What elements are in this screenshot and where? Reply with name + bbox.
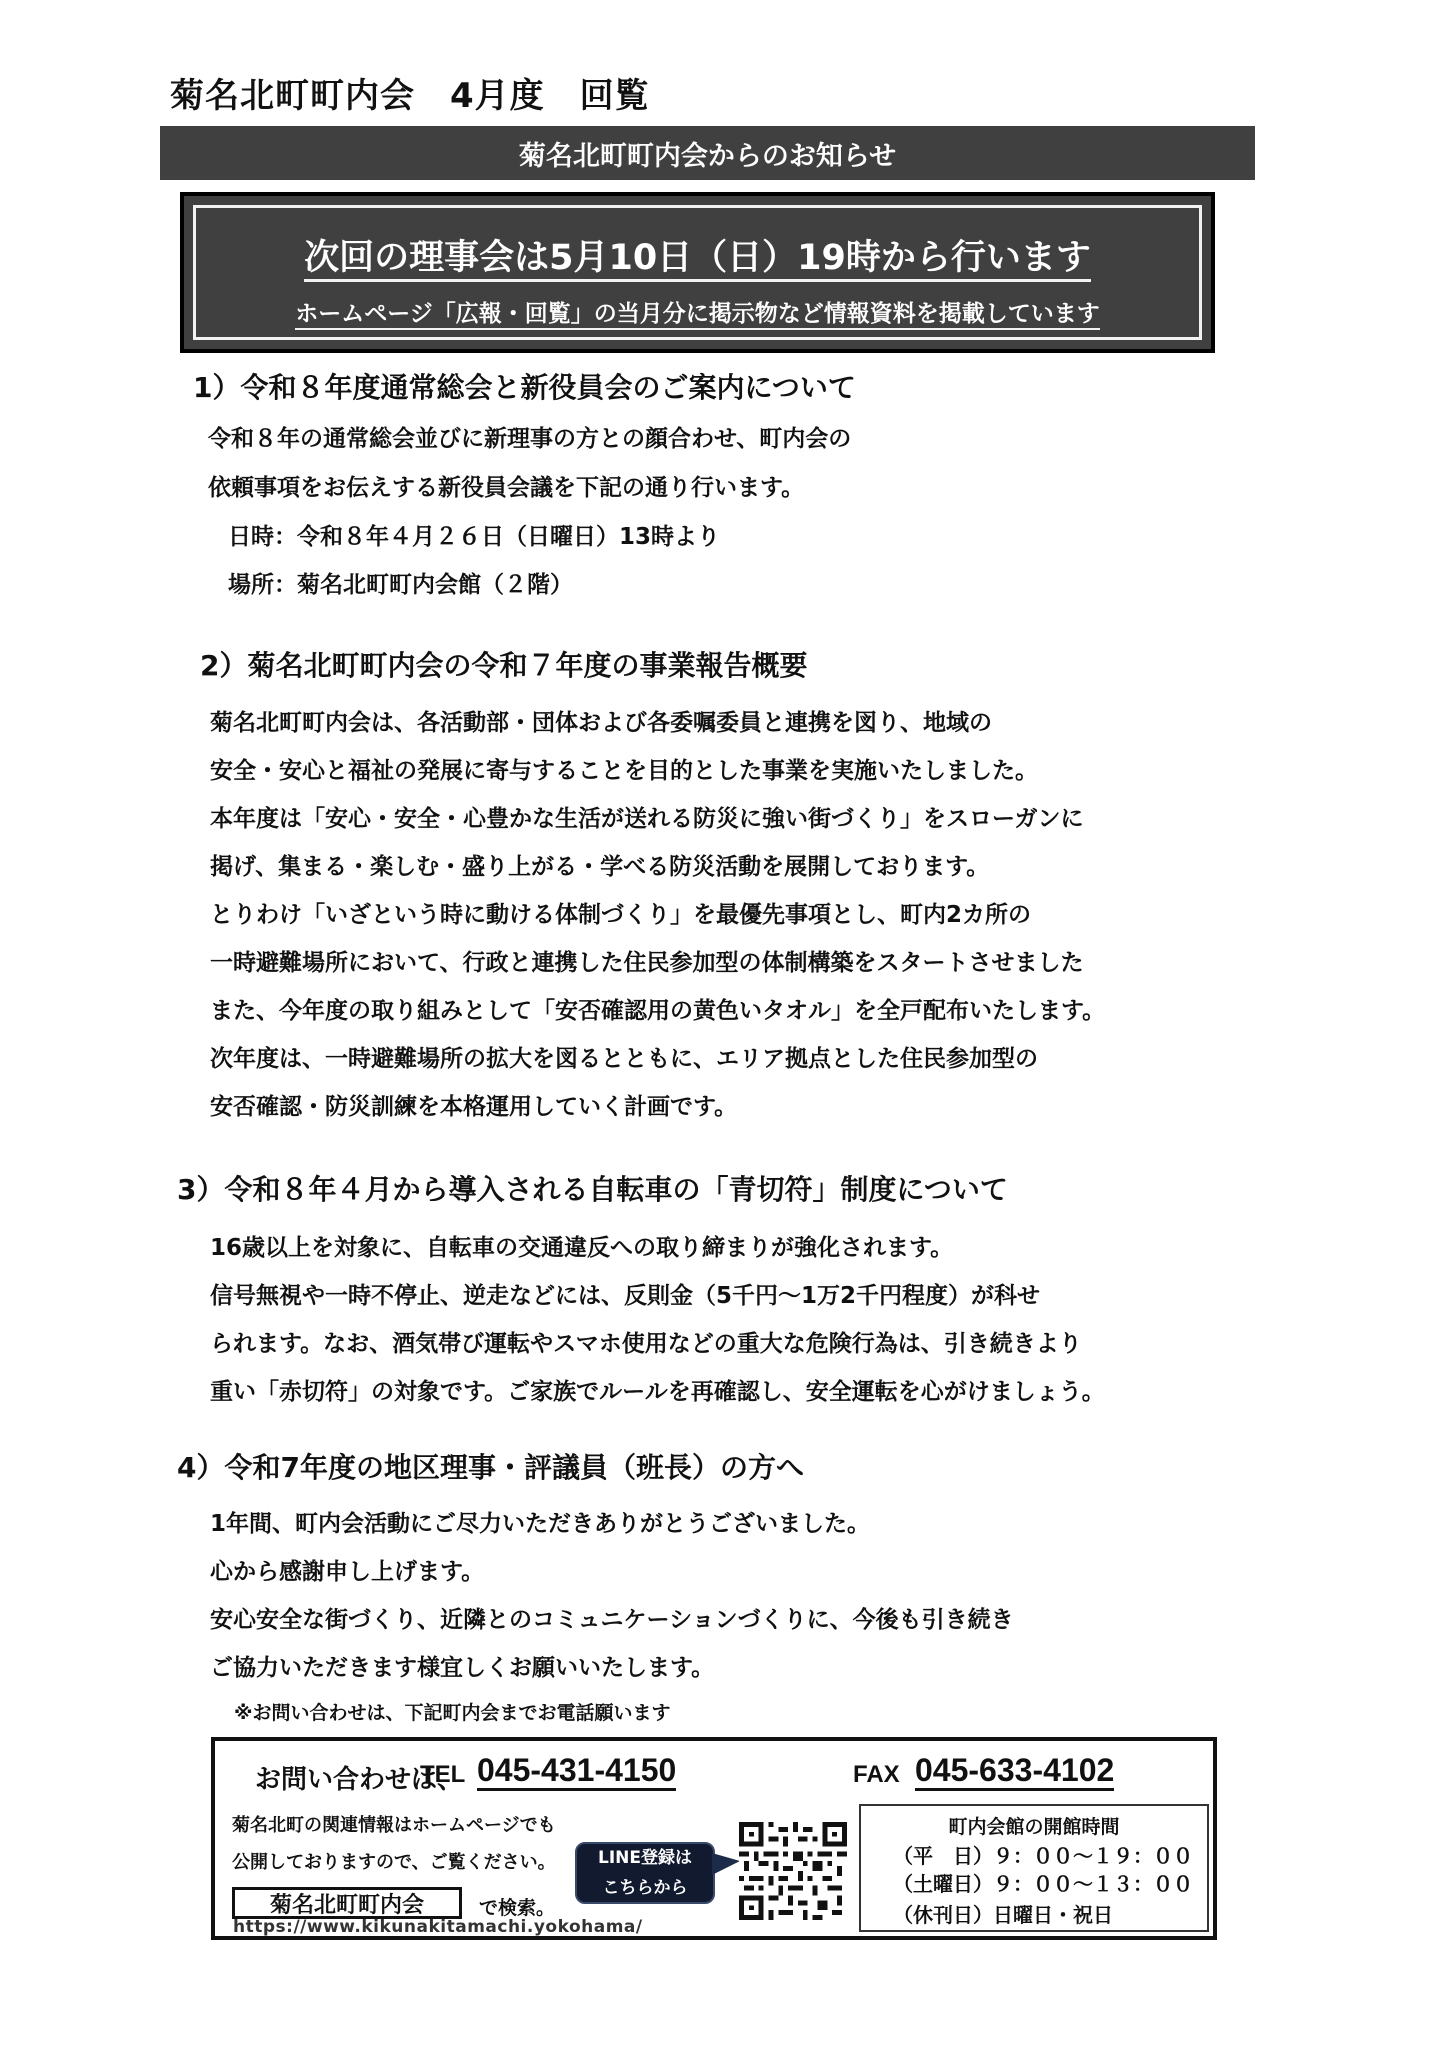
speech-bubble-tail-icon — [712, 1853, 740, 1875]
section-2-body-line: 安全・安心と福祉の発展に寄与することを目的とした事業を実施いたしました。 — [210, 752, 1038, 785]
section-3-body-line: 信号無視や一時不停止、逆走などには、反則金（5千円～1万2千円程度）が科せ — [210, 1277, 1040, 1310]
section-2-body-line: 掲げ、集まる・楽しむ・盛り上がる・学べる防災活動を展開しております。 — [210, 848, 989, 881]
line-bubble-line2: こちらから — [603, 1873, 688, 1903]
search-term-box: 菊名北町町内会 — [232, 1887, 462, 1919]
section-4-body-line: 心から感謝申し上げます。 — [210, 1553, 484, 1586]
hours-closed-days: （休刊日）日曜日・祝日 — [893, 1899, 1113, 1928]
hours-saturday: （土曜日）９：００～１３：００ — [893, 1868, 1193, 1897]
next-meeting-notice: 次回の理事会は5月10日（日）19時から行います — [196, 230, 1199, 280]
section-1-body-line: 令和８年の通常総会並びに新理事の方との顔合わせ、町内会の — [208, 420, 851, 453]
section-1-location: 場所：菊名北町町内会館（２階） — [228, 566, 573, 599]
section-3-body-line: られます。なお、酒気帯び運転やスマホ使用などの重大な危険行為は、引き続きより — [210, 1325, 1082, 1358]
homepage-notice-text: ホームページ「広報・回覧」の当月分に掲示物など情報資料を掲載しています — [295, 301, 1100, 330]
section-4-body-line: ご協力いただきます様宜しくお願いいたします。 — [210, 1649, 714, 1682]
section-4-heading: 4）令和7年度の地区理事・評議員（班長）の方へ — [177, 1446, 804, 1486]
homepage-info-line: 菊名北町の関連情報はホームページでも — [232, 1811, 556, 1837]
section-1-heading: 1）令和８年度通常総会と新役員会のご案内について — [193, 366, 856, 406]
section-3-body-line: 16歳以上を対象に、自転車の交通違反への取り締まりが強化されます。 — [210, 1229, 953, 1262]
hall-hours-title: 町内会館の開館時間 — [861, 1812, 1207, 1839]
section-2-body-line: 安否確認・防災訓練を本格運用していく計画です。 — [210, 1088, 737, 1121]
search-suffix: で検索。 — [479, 1893, 555, 1920]
next-meeting-text: 次回の理事会は5月10日（日）19時から行います — [304, 238, 1091, 282]
homepage-url-link[interactable]: https://www.kikunakitamachi.yokohama/ — [233, 1917, 643, 1937]
section-1-datetime: 日時：令和８年４月２６日（日曜日）13時より — [228, 518, 720, 551]
line-register-bubble: LINE登録は こちらから — [575, 1842, 715, 1904]
header-bar-label: 菊名北町町内会からのお知らせ — [519, 134, 896, 173]
section-2-body-line: とりわけ「いざという時に動ける体制づくり」を最優先事項とし、町内2カ所の — [210, 896, 1031, 929]
document-title: 菊名北町町内会 4月度 回覧 — [170, 68, 650, 117]
tel-label: TEL — [420, 1761, 465, 1789]
section-4-body-line: 安心安全な街づくり、近隣とのコミュニケーションづくりに、今後も引き続き — [210, 1601, 1014, 1634]
fax-number: 045-633-4102 — [915, 1753, 1114, 1791]
tel-number[interactable]: 045-431-4150 — [477, 1753, 676, 1791]
section-2-body-line: 次年度は、一時避難場所の拡大を図るとともに、エリア拠点とした住民参加型の — [210, 1040, 1038, 1073]
section-1-body-line: 依頼事項をお伝えする新役員会議を下記の通り行います。 — [208, 469, 804, 502]
header-bar: 菊名北町町内会からのお知らせ — [160, 126, 1255, 180]
section-2-body-line: 一時避難場所において、行政と連携した住民参加型の体制構築をスタートさせました — [210, 944, 1084, 977]
hours-weekday: （平 日）９：００～１９：００ — [893, 1840, 1193, 1869]
section-3-body-line: 重い「赤切符」の対象です。ご家族でルールを再確認し、安全運転を心がけましょう。 — [210, 1373, 1105, 1406]
fax-label: FAX — [853, 1761, 900, 1789]
notice-inner-frame: 次回の理事会は5月10日（日）19時から行います ホームページ「広報・回覧」の当… — [193, 205, 1202, 340]
section-2-body-line: 本年度は「安心・安全・心豊かな生活が送れる防災に強い街づくり」をスローガンに — [210, 800, 1084, 833]
section-2-body-line: また、今年度の取り組みとして「安否確認用の黄色いタオル」を全戸配布いたします。 — [210, 992, 1105, 1025]
section-2-heading: 2）菊名北町町内会の令和７年度の事業報告概要 — [200, 644, 808, 684]
homepage-info-line: 公開しておりますので、ご覧ください。 — [232, 1848, 556, 1874]
section-4-body-line: 1年間、町内会活動にご尽力いただきありがとうございました。 — [210, 1505, 870, 1538]
section-3-heading: 3）令和８年４月から導入される自転車の「青切符」制度について — [177, 1168, 1008, 1208]
contact-note: ※お問い合わせは、下記町内会までお電話願います — [234, 1698, 670, 1725]
search-term: 菊名北町町内会 — [270, 1888, 424, 1919]
section-2-body-line: 菊名北町町内会は、各活動部・団体および各委嘱委員と連携を図り、地域の — [210, 704, 992, 737]
notice-box: 次回の理事会は5月10日（日）19時から行います ホームページ「広報・回覧」の当… — [180, 192, 1215, 353]
qr-code-icon[interactable] — [738, 1822, 848, 1920]
homepage-notice: ホームページ「広報・回覧」の当月分に掲示物など情報資料を掲載しています — [196, 295, 1199, 328]
line-bubble-line1: LINE登録は — [598, 1843, 692, 1873]
hall-hours-box: 町内会館の開館時間 （平 日）９：００～１９：００ （土曜日）９：００～１３：０… — [859, 1804, 1209, 1932]
contact-footer-box: お問い合わせは、 TEL 045-431-4150 FAX 045-633-41… — [211, 1737, 1217, 1940]
